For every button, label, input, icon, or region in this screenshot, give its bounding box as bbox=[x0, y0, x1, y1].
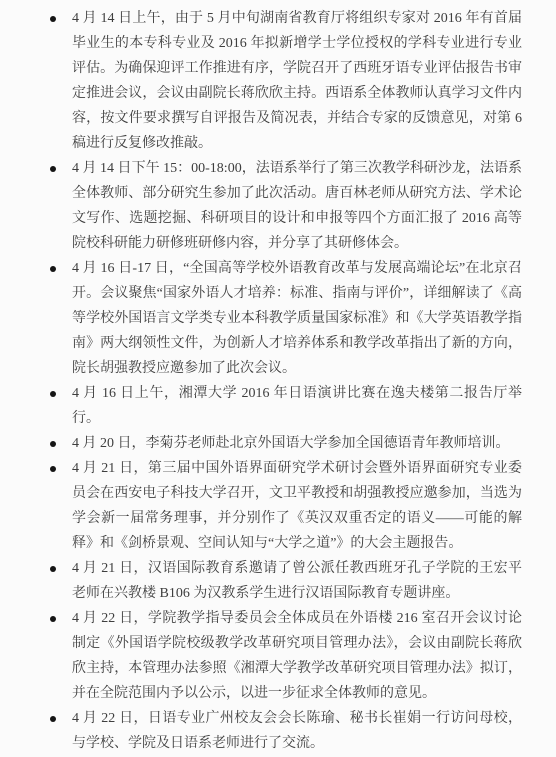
list-item: 4 月 21 日，汉语国际教育系邀请了曾公派任教西班牙孔子学院的王宏平老师在兴教… bbox=[48, 556, 522, 606]
bullet-icon bbox=[50, 391, 56, 397]
bullet-icon bbox=[50, 266, 56, 272]
bullet-text: 4 月 16 日上午，湘潭大学 2016 年日语演讲比赛在逸夫楼第二报告厅举行。 bbox=[72, 386, 522, 426]
bullet-text: 4 月 21 日，汉语国际教育系邀请了曾公派任教西班牙孔子学院的王宏平老师在兴教… bbox=[72, 561, 522, 601]
bullet-text: 4 月 20 日，李菊芬老师赴北京外国语大学参加全国德语青年教师培训。 bbox=[72, 436, 510, 451]
list-item: 4 月 22 日，学院教学指导委员会全体成员在外语楼 216 室召开会议讨论制定… bbox=[48, 606, 522, 706]
list-item: 4 月 14 日下午 15：00-18:00，法语系举行了第三次教学科研沙龙，法… bbox=[48, 156, 522, 256]
bullet-text: 4 月 22 日，学院教学指导委员会全体成员在外语楼 216 室召开会议讨论制定… bbox=[72, 611, 522, 701]
bullet-icon bbox=[50, 616, 56, 622]
document-page: 4 月 14 日上午，由于 5 月中旬湖南省教育厅将组织专家对 2016 年有首… bbox=[0, 0, 556, 757]
bullet-text: 4 月 16 日-17 日，“全国高等学校外语教育改革与发展高端论坛”在北京召开… bbox=[72, 261, 522, 376]
bullet-icon bbox=[50, 716, 56, 722]
list-item: 4 月 21 日，第三届中国外语界面研究学术研讨会暨外语界面研究专业委员会在西安… bbox=[48, 456, 522, 556]
list-item: 4 月 22 日，日语专业广州校友会会长陈瑜、秘书长崔娟一行访问母校，与学校、学… bbox=[48, 706, 522, 756]
bullet-text: 4 月 14 日下午 15：00-18:00，法语系举行了第三次教学科研沙龙，法… bbox=[72, 161, 522, 251]
bullet-icon bbox=[50, 466, 56, 472]
bullet-text: 4 月 21 日，第三届中国外语界面研究学术研讨会暨外语界面研究专业委员会在西安… bbox=[72, 461, 522, 551]
bullet-icon bbox=[50, 566, 56, 572]
list-item: 4 月 16 日上午，湘潭大学 2016 年日语演讲比赛在逸夫楼第二报告厅举行。 bbox=[48, 381, 522, 431]
news-bullet-list: 4 月 14 日上午，由于 5 月中旬湖南省教育厅将组织专家对 2016 年有首… bbox=[48, 6, 522, 756]
bullet-icon bbox=[50, 16, 56, 22]
list-item: 4 月 14 日上午，由于 5 月中旬湖南省教育厅将组织专家对 2016 年有首… bbox=[48, 6, 522, 156]
bullet-text: 4 月 14 日上午，由于 5 月中旬湖南省教育厅将组织专家对 2016 年有首… bbox=[72, 11, 522, 151]
list-item: 4 月 20 日，李菊芬老师赴北京外国语大学参加全国德语青年教师培训。 bbox=[48, 431, 522, 456]
bullet-text: 4 月 22 日，日语专业广州校友会会长陈瑜、秘书长崔娟一行访问母校，与学校、学… bbox=[72, 711, 522, 751]
bullet-icon bbox=[50, 166, 56, 172]
bullet-icon bbox=[50, 441, 56, 447]
list-item: 4 月 16 日-17 日，“全国高等学校外语教育改革与发展高端论坛”在北京召开… bbox=[48, 256, 522, 381]
